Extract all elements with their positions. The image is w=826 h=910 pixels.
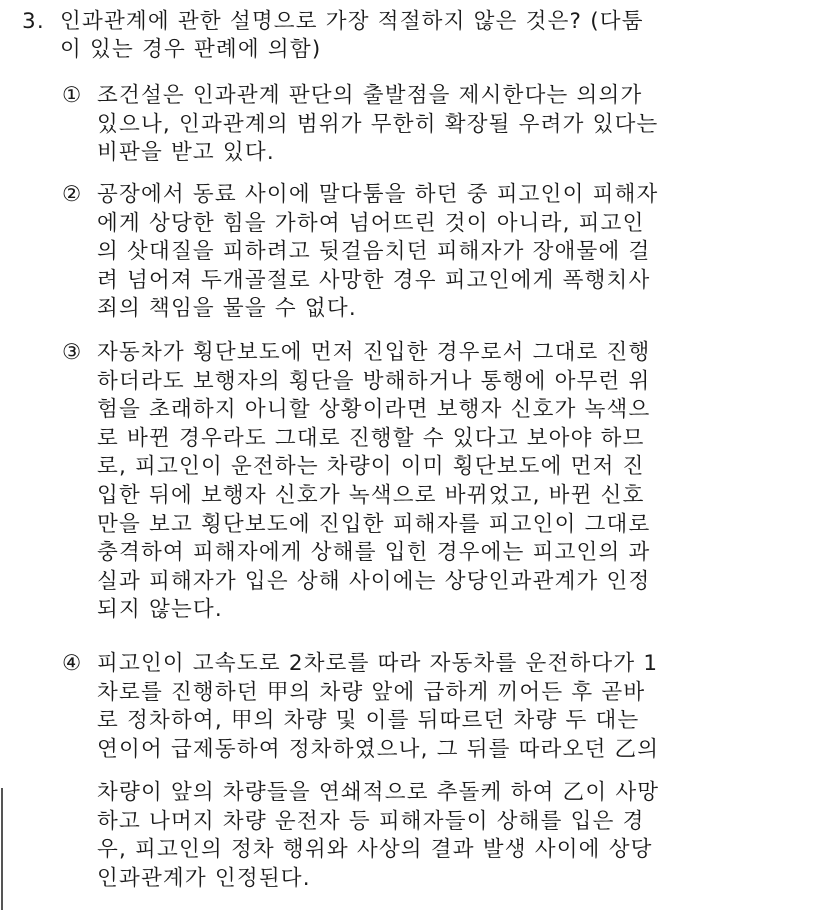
option-text: 공장에서 동료 사이에 말다툼을 하던 중 피고인이 피해자 에게 상당한 힘을… (97, 181, 659, 324)
exam-page: 3. 인과관계에 관한 설명으로 가장 적절하지 않은 것은? (다툼 이 있는… (0, 0, 826, 910)
option-line: 의 삿대질을 피하려고 뒷걸음치던 피해자가 장애물에 걸 (97, 238, 659, 267)
option-text: 자동차가 횡단보도에 먼저 진입한 경우로서 그대로 진행 하더라도 보행자의 … (97, 339, 651, 625)
option-line: 조건설은 인과관계 판단의 출발점을 제시한다는 의의가 (97, 82, 659, 111)
option-line: 피고인이 고속도로 2차로를 따라 자동차를 운전하다가 1 (97, 650, 659, 679)
option-line: 인과관계가 인정된다. (97, 865, 659, 894)
option-line: 죄의 책임을 물을 수 없다. (97, 295, 659, 324)
question-number: 3. (22, 8, 45, 36)
option-line: 하더라도 보행자의 횡단을 방해하거나 통행에 아무런 위 (97, 368, 651, 397)
option-text: 피고인이 고속도로 2차로를 따라 자동차를 운전하다가 1 차로를 진행하던 … (97, 650, 659, 764)
option-text: 조건설은 인과관계 판단의 출발점을 제시한다는 의의가 있으나, 인과관계의 … (97, 82, 659, 168)
option-line: 로 바뀐 경우라도 그대로 진행할 수 있다고 보아야 하므 (97, 425, 651, 454)
option-line: 험을 초래하지 아니할 상황이라면 보행자 신호가 녹색으 (97, 396, 651, 425)
option-line: 려 넘어져 두개골절로 사망한 경우 피고인에게 폭행치사 (97, 267, 659, 296)
option-line: 로, 피고인이 운전하는 차량이 이미 횡단보도에 먼저 진 (97, 453, 651, 482)
option-line: 있으나, 인과관계의 범위가 무한히 확장될 우려가 있다는 (97, 111, 659, 140)
option-marker-1: ① (62, 82, 82, 111)
option-line: 만을 보고 횡단보도에 진입한 피해자를 피고인이 그대로 (97, 511, 651, 540)
option-text: 차량이 앞의 차량들을 연쇄적으로 추돌케 하여 乙이 사망 하고 나머지 차량… (97, 779, 659, 893)
option-line: 입한 뒤에 보행자 신호가 녹색으로 바뀌었고, 바뀐 신호 (97, 482, 651, 511)
option-line: 우, 피고인의 정차 행위와 사상의 결과 발생 사이에 상당 (97, 836, 659, 865)
option-line: 로 정차하여, 甲의 차량 및 이를 뒤따르던 차량 두 대는 (97, 707, 659, 736)
option-marker-4: ④ (62, 650, 82, 679)
option-line: 실과 피해자가 입은 상해 사이에는 상당인과관계가 인정 (97, 568, 651, 597)
option-line: 자동차가 횡단보도에 먼저 진입한 경우로서 그대로 진행 (97, 339, 651, 368)
option-line: 에게 상당한 힘을 가하여 넘어뜨린 것이 아니라, 피고인 (97, 210, 659, 239)
option-marker-2: ② (62, 181, 82, 210)
option-line: 비판을 받고 있다. (97, 139, 659, 168)
option-line: 되지 않는다. (97, 596, 651, 625)
option-marker-3: ③ (62, 339, 82, 368)
option-line: 공장에서 동료 사이에 말다툼을 하던 중 피고인이 피해자 (97, 181, 659, 210)
option-line: 연이어 급제동하여 정차하였으나, 그 뒤를 따라오던 乙의 (97, 736, 659, 765)
option-line: 하고 나머지 차량 운전자 등 피해자들이 상해를 입은 경 (97, 808, 659, 837)
option-line: 차로를 진행하던 甲의 차량 앞에 급하게 끼어든 후 곧바 (97, 679, 659, 708)
question-stem-line: 인과관계에 관한 설명으로 가장 적절하지 않은 것은? (다툼 (60, 8, 644, 36)
option-line: 차량이 앞의 차량들을 연쇄적으로 추돌케 하여 乙이 사망 (97, 779, 659, 808)
question-stem-line: 이 있는 경우 판례에 의함) (60, 36, 321, 64)
option-line: 충격하여 피해자에게 상해를 입힌 경우에는 피고인의 과 (97, 539, 651, 568)
column-divider (1, 788, 3, 910)
